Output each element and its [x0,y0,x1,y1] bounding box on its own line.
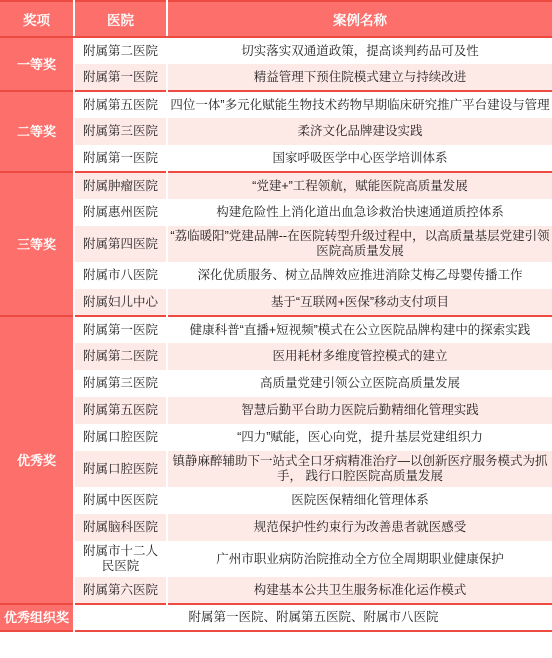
case-cell: “四力”赋能，医心向党，提升基层党建组织力 [167,424,552,451]
case-cell: 广州市职业病防治院推动全方位全周期职业健康保护 [167,541,552,577]
hospital-cell: 附属口腔医院 [74,424,167,451]
case-cell: 柔济文化品牌建设实践 [167,118,552,145]
table-row: 附属第五医院智慧后勤平台助力医院后勤精细化管理实践 [0,397,552,424]
col-header-case: 案例名称 [167,1,552,37]
case-cell: 深化优质服务、树立品牌效应推进消除艾梅乙母婴传播工作 [167,262,552,289]
table-row: 附属第一医院精益管理下预住院模式建立与持续改进 [0,64,552,91]
award-cell: 优秀奖 [0,316,74,604]
hospital-cell: 附属第四医院 [74,226,167,262]
awards-table: 奖项 医院 案例名称 一等奖附属第二医院切实落实双通道政策，提高谈判药品可及性附… [0,0,552,632]
hospital-cell: 附属第三医院 [74,118,167,145]
case-cell: 基于“互联网+医保”移动支付项目 [167,289,552,316]
award-cell: 优秀组织奖 [0,604,74,631]
case-cell: 医用耗材多维度管控模式的建立 [167,343,552,370]
hospital-cell: 附属妇儿中心 [74,289,167,316]
hospital-cell: 附属口腔医院 [74,451,167,487]
table-row: 附属妇儿中心基于“互联网+医保”移动支付项目 [0,289,552,316]
hospital-cell: 附属市十二人民医院 [74,541,167,577]
case-cell: 智慧后勤平台助力医院后勤精细化管理实践 [167,397,552,424]
table-row: 附属第六医院构建基本公共卫生服务标准化运作模式 [0,577,552,604]
table-row: 二等奖附属第五医院四位一体”多元化赋能生物技术药物早期临床研究推广平台建设与管理 [0,91,552,118]
table-row: 附属惠州医院构建危险性上消化道出血急诊救治快速通道质控体系 [0,199,552,226]
case-cell: 四位一体”多元化赋能生物技术药物早期临床研究推广平台建设与管理 [167,91,552,118]
case-cell: “荔临暖阳”党建品牌--在医院转型升级过程中，以高质量基层党建引领医院高质量发展 [167,226,552,262]
col-header-hospital: 医院 [74,1,167,37]
hospital-cell: 附属第五医院 [74,91,167,118]
table-header: 奖项 医院 案例名称 [0,1,552,37]
award-cell: 三等奖 [0,172,74,316]
table-row: 附属口腔医院“四力”赋能，医心向党，提升基层党建组织力 [0,424,552,451]
table-row: 附属市八医院深化优质服务、树立品牌效应推进消除艾梅乙母婴传播工作 [0,262,552,289]
table-row: 附属口腔医院镇静麻醉辅助下一站式全口牙病精准治疗—以创新医疗服务模式为抓手， 践… [0,451,552,487]
table-row: 附属第二医院医用耗材多维度管控模式的建立 [0,343,552,370]
case-cell: 规范保护性约束行为改善患者就医感受 [167,514,552,541]
case-cell: 国家呼吸医学中心医学培训体系 [167,145,552,172]
hospital-cell: 附属第一医院 [74,145,167,172]
table-row: 优秀组织奖附属第一医院、附属第五医院、附属市八医院 [0,604,552,631]
case-cell: 精益管理下预住院模式建立与持续改进 [167,64,552,91]
case-cell: 健康科普“直播+短视频”模式在公立医院品牌构建中的探索实践 [167,316,552,343]
hospital-cell: 附属脑科医院 [74,514,167,541]
case-cell: 构建危险性上消化道出血急诊救治快速通道质控体系 [167,199,552,226]
hospital-cell: 附属第二医院 [74,343,167,370]
table-row: 三等奖附属肿瘤医院“党建+”工程领航，赋能医院高质量发展 [0,172,552,199]
hospital-cell: 附属第六医院 [74,577,167,604]
case-cell: 高质量党建引领公立医院高质量发展 [167,370,552,397]
header-row: 奖项 医院 案例名称 [0,1,552,37]
case-cell: “党建+”工程领航，赋能医院高质量发展 [167,172,552,199]
case-cell: 医院医保精细化管理体系 [167,487,552,514]
hospital-cell: 附属肿瘤医院 [74,172,167,199]
table-row: 附属市十二人民医院广州市职业病防治院推动全方位全周期职业健康保护 [0,541,552,577]
hospital-cell: 附属第五医院 [74,397,167,424]
award-cell: 二等奖 [0,91,74,172]
case-cell: 切实落实双通道政策，提高谈判药品可及性 [167,37,552,64]
award-cell: 一等奖 [0,37,74,91]
hospital-cell: 附属第一医院 [74,316,167,343]
table-row: 附属中医医院医院医保精细化管理体系 [0,487,552,514]
table-row: 附属第三医院柔济文化品牌建设实践 [0,118,552,145]
hospital-cell: 附属第三医院 [74,370,167,397]
table-body: 一等奖附属第二医院切实落实双通道政策，提高谈判药品可及性附属第一医院精益管理下预… [0,37,552,631]
table-row: 优秀奖附属第一医院健康科普“直播+短视频”模式在公立医院品牌构建中的探索实践 [0,316,552,343]
col-header-award: 奖项 [0,1,74,37]
hospital-cell: 附属中医医院 [74,487,167,514]
table-row: 附属第三医院高质量党建引领公立医院高质量发展 [0,370,552,397]
hospital-cell: 附属市八医院 [74,262,167,289]
table-row: 一等奖附属第二医院切实落实双通道政策，提高谈判药品可及性 [0,37,552,64]
hospital-cell: 附属惠州医院 [74,199,167,226]
case-cell: 构建基本公共卫生服务标准化运作模式 [167,577,552,604]
hospital-cell: 附属第一医院 [74,64,167,91]
table-row: 附属脑科医院规范保护性约束行为改善患者就医感受 [0,514,552,541]
hospital-cell: 附属第二医院 [74,37,167,64]
case-cell: 镇静麻醉辅助下一站式全口牙病精准治疗—以创新医疗服务模式为抓手， 践行口腔医院高… [167,451,552,487]
table-row: 附属第一医院国家呼吸医学中心医学培训体系 [0,145,552,172]
case-cell: 附属第一医院、附属第五医院、附属市八医院 [74,604,552,631]
table-row: 附属第四医院“荔临暖阳”党建品牌--在医院转型升级过程中，以高质量基层党建引领医… [0,226,552,262]
